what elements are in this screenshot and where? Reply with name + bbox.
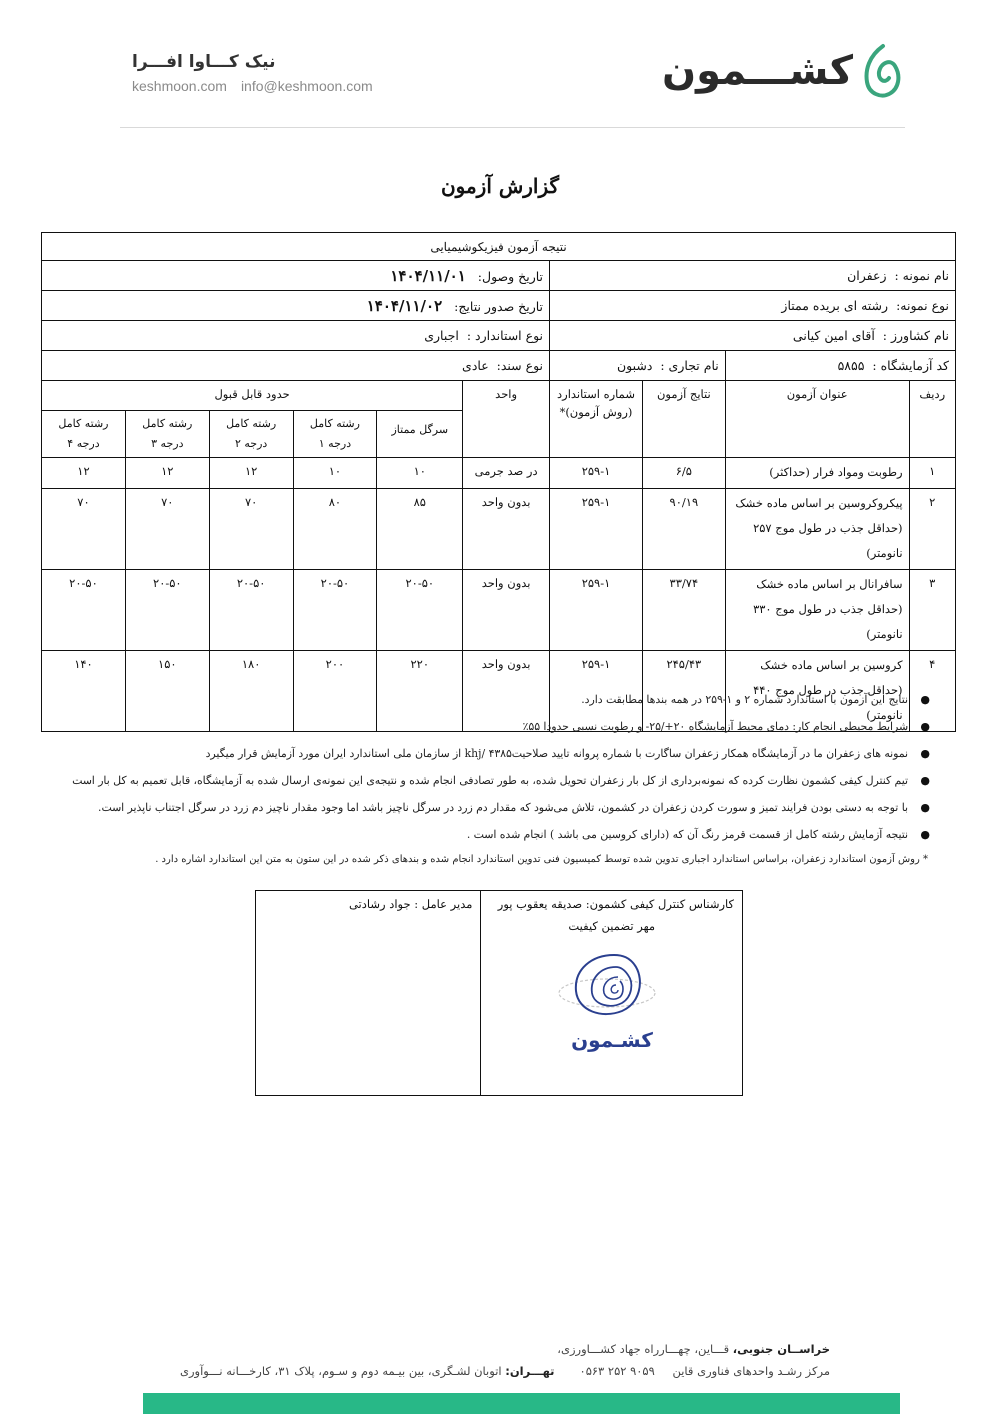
note-text: نمونه های زعفران ما در آزمایشگاه همکار ز… — [60, 747, 908, 761]
limit-grade-1: ۱۰ — [293, 458, 377, 489]
limit-sargol: ۸۵ — [377, 489, 463, 570]
grade-label: سرگل ممتاز — [383, 414, 456, 440]
col-header-row-no: ردیف — [909, 381, 955, 458]
test-result: ۹۰/۱۹ — [642, 489, 725, 570]
quality-stamp-icon: کشـمون — [552, 947, 672, 1057]
footer-address1-line2: مرکز رشـد واحدهای فناوری قاین — [672, 1364, 830, 1378]
standard-type-cell: نوع استاندارد : اجباری — [42, 321, 550, 351]
standard-type-value: اجباری — [424, 328, 459, 343]
limit-grade-4: ۷۰ — [42, 489, 126, 570]
keshmoon-logo-icon — [861, 42, 905, 100]
limit-grade-3: ۱۲ — [125, 458, 209, 489]
receipt-date-cell: تاریخ وصول: ۱۴۰۴/۱۱/۰۱ — [42, 261, 550, 291]
footer-province: خراســان جنوبی، — [733, 1342, 830, 1356]
farmer-cell: نام کشاورز : آقای امین کیانی — [550, 321, 956, 351]
col-header-grade-1: رشته کامل درجه ۱ — [293, 411, 377, 458]
footnote: * روش آزمون استاندارد زعفران، براساس است… — [60, 854, 930, 865]
limit-grade-4: ۲۰-۵۰ — [42, 570, 126, 651]
limit-grade-4: ۱۲ — [42, 458, 126, 489]
notes-list: ● نتایج این آزمون با استاندارد شماره ۲ و… — [60, 690, 930, 865]
col-header-test-title: عنوان آزمون — [725, 381, 909, 458]
note-item: ● تیم کنترل کیفی کشمون نظارت کرده که نمو… — [60, 771, 930, 798]
grade-sublabel: درجه ۱ — [300, 434, 371, 454]
limit-grade-2: ۷۰ — [209, 489, 293, 570]
sample-name-label: نام نمونه : — [894, 268, 949, 283]
website-link[interactable]: keshmoon.com — [132, 78, 227, 94]
footer: خراســان جنوبی، قـــاین، چهـــارراه جهاد… — [180, 1338, 830, 1384]
footer-address1: قـــاین، چهـــارراه جهاد کشـــاورزی، — [557, 1342, 729, 1356]
table-row: ۱ رطوبت ومواد فرار (حداکثر) ۶/۵ ۲۵۹-۱ در… — [42, 458, 956, 489]
unit: بدون واحد — [463, 489, 550, 570]
unit: بدون واحد — [463, 570, 550, 651]
note-item: ● نتیجه آزمایش رشته کامل از قسمت قرمز رن… — [60, 825, 930, 852]
col-header-unit: واحد — [463, 381, 550, 458]
limit-grade-2: ۲۰-۵۰ — [209, 570, 293, 651]
ceo-signature-cell: مدیر عامل : جواد رشادتی — [256, 891, 481, 1096]
farmer-value: آقای امین کیانی — [793, 328, 875, 343]
note-text: تیم کنترل کیفی کشمون نظارت کرده که نمونه… — [60, 774, 908, 788]
report-title: گزارش آزمون — [0, 174, 1000, 198]
svg-text:کشـمون: کشـمون — [571, 1028, 653, 1052]
table-row: ۲ پیکروکروسین بر اساس ماده خشک (حداقل جذ… — [42, 489, 956, 570]
bullet-icon: ● — [908, 693, 930, 707]
receipt-date-value: ۱۴۰۴/۱۱/۰۱ — [390, 267, 465, 285]
footer-address-tehran: تهـــران: اتوبان لشـگری، بین بیـمه دوم و… — [180, 1360, 554, 1382]
company-info: نیک کـــاوا افـــرا keshmoon.com info@ke… — [132, 52, 373, 94]
bullet-icon: ● — [908, 774, 930, 788]
bullet-icon: ● — [908, 720, 930, 734]
note-item: ● با توجه به دستی بودن فرایند تمیز و سور… — [60, 798, 930, 825]
ceo-name: مدیر عامل : جواد رشادتی — [264, 897, 472, 911]
test-title: رطوبت ومواد فرار (حداکثر) — [725, 458, 909, 489]
limit-grade-3: ۷۰ — [125, 489, 209, 570]
brand-value: دشبون — [617, 358, 652, 373]
grade-label: رشته کامل — [48, 414, 119, 434]
col-header-standard-method: (روش آزمون)* — [556, 405, 636, 419]
test-title: پیکروکروسین بر اساس ماده خشک (حداقل جذب … — [725, 489, 909, 570]
grade-sublabel: درجه ۴ — [48, 434, 119, 454]
col-header-standard: شماره استاندارد (روش آزمون)* — [550, 381, 643, 458]
brand-name: کشـــمون — [662, 48, 853, 94]
sample-type-label: نوع نمونه: — [896, 298, 949, 313]
unit: در صد جرمی — [463, 458, 550, 489]
email-link[interactable]: info@keshmoon.com — [241, 78, 373, 94]
footer-address-qaen: خراســان جنوبی، قـــاین، چهـــارراه جهاد… — [557, 1338, 830, 1382]
note-text: نتایج این آزمون با استاندارد شماره ۲ و ۱… — [60, 693, 908, 707]
farmer-label: نام کشاورز : — [883, 328, 949, 343]
bullet-icon: ● — [908, 801, 930, 815]
standard-no: ۲۵۹-۱ — [550, 458, 643, 489]
sample-name-value: زعفران — [847, 268, 886, 283]
standard-no: ۲۵۹-۱ — [550, 489, 643, 570]
col-header-grade-3: رشته کامل درجه ۳ — [125, 411, 209, 458]
limit-grade-1: ۸۰ — [293, 489, 377, 570]
lab-code-value: ۵۸۵۵ — [838, 358, 865, 373]
letterhead: کشـــمون نیک کـــاوا افـــرا keshmoon.co… — [120, 36, 905, 128]
test-results-table: نتیجه آزمون فیزیکوشیمیایی نام نمونه : زع… — [41, 232, 956, 732]
standard-no: ۲۵۹-۱ — [550, 570, 643, 651]
bullet-icon: ● — [908, 828, 930, 842]
col-header-test-result: نتایج آزمون — [642, 381, 725, 458]
row-no: ۳ — [909, 570, 955, 651]
brand-cell: نام تجاری : دشبون — [550, 351, 726, 381]
note-item: ● نمونه های زعفران ما در آزمایشگاه همکار… — [60, 744, 930, 771]
row-no: ۲ — [909, 489, 955, 570]
stamp-caption: مهر تضمین کیفیت — [489, 919, 734, 933]
note-text: نتیجه آزمایش رشته کامل از قسمت قرمز رنگ … — [60, 828, 908, 842]
lab-code-cell: کد آزمایشگاه : ۵۸۵۵ — [725, 351, 955, 381]
note-text: با توجه به دستی بودن فرایند تمیز و سورت … — [60, 801, 908, 815]
issue-date-label: تاریخ صدور نتایج: — [454, 299, 543, 314]
doc-type-value: عادی — [462, 358, 489, 373]
grade-sublabel: درجه ۳ — [132, 434, 203, 454]
col-header-standard-no: شماره استاندارد — [556, 387, 636, 401]
issue-date-value: ۱۴۰۴/۱۱/۰۲ — [367, 297, 442, 315]
col-header-grade-2: رشته کامل درجه ۲ — [209, 411, 293, 458]
grade-label: رشته کامل — [300, 414, 371, 434]
test-title: سافرانال بر اساس ماده خشک (حداقل جذب در … — [725, 570, 909, 651]
col-header-grade-sargol: سرگل ممتاز — [377, 411, 463, 458]
grade-label: رشته کامل — [132, 414, 203, 434]
footer-phone[interactable]: ۰۵۶۳ ۲۵۲ ۹۰۵۹ — [580, 1360, 655, 1382]
sample-type-cell: نوع نمونه: رشته ای بریده ممتاز — [550, 291, 956, 321]
limit-sargol: ۱۰ — [377, 458, 463, 489]
note-item: ● شرایط محیطی انجام کار: دمای محیط آزمای… — [60, 717, 930, 744]
footer-green-bar — [143, 1393, 900, 1414]
table-row: ۳ سافرانال بر اساس ماده خشک (حداقل جذب د… — [42, 570, 956, 651]
row-no: ۱ — [909, 458, 955, 489]
qc-signature-cell: کارشناس کنترل کیفی کشمون: صدیقه یعقوب پو… — [481, 891, 743, 1096]
bullet-icon: ● — [908, 747, 930, 761]
grade-label: رشته کامل — [216, 414, 287, 434]
brand-label: نام تجاری : — [660, 358, 718, 373]
brand: کشـــمون — [662, 36, 905, 106]
sample-type-value: رشته ای بریده ممتاز — [781, 298, 888, 313]
footer-address2: اتوبان لشـگری، بین بیـمه دوم و سـوم، پلا… — [180, 1364, 502, 1378]
note-item: ● نتایج این آزمون با استاندارد شماره ۲ و… — [60, 690, 930, 717]
signature-box: کارشناس کنترل کیفی کشمون: صدیقه یعقوب پو… — [255, 890, 743, 1096]
section-title: نتیجه آزمون فیزیکوشیمیایی — [42, 233, 956, 261]
col-header-limits: حدود قابل قبول — [42, 381, 463, 411]
limit-sargol: ۲۰-۵۰ — [377, 570, 463, 651]
standard-type-label: نوع استاندارد : — [467, 328, 543, 343]
test-result: ۳۳/۷۴ — [642, 570, 725, 651]
issue-date-cell: تاریخ صدور نتایج: ۱۴۰۴/۱۱/۰۲ — [42, 291, 550, 321]
limit-grade-3: ۲۰-۵۰ — [125, 570, 209, 651]
lab-code-label: کد آزمایشگاه : — [872, 358, 949, 373]
footer-city: تهـــران: — [505, 1364, 554, 1378]
company-contacts: keshmoon.com info@keshmoon.com — [132, 78, 373, 94]
doc-type-cell: نوع سند: عادی — [42, 351, 550, 381]
col-header-grade-4: رشته کامل درجه ۴ — [42, 411, 126, 458]
note-text: شرایط محیطی انجام کار: دمای محیط آزمایشگ… — [60, 720, 908, 734]
company-name: نیک کـــاوا افـــرا — [132, 52, 373, 72]
test-result: ۶/۵ — [642, 458, 725, 489]
limit-grade-1: ۲۰-۵۰ — [293, 570, 377, 651]
receipt-date-label: تاریخ وصول: — [478, 269, 543, 284]
doc-type-label: نوع سند: — [497, 358, 543, 373]
limit-grade-2: ۱۲ — [209, 458, 293, 489]
sample-name-cell: نام نمونه : زعفران — [550, 261, 956, 291]
qc-expert: کارشناس کنترل کیفی کشمون: صدیقه یعقوب پو… — [489, 897, 734, 911]
grade-sublabel: درجه ۲ — [216, 434, 287, 454]
